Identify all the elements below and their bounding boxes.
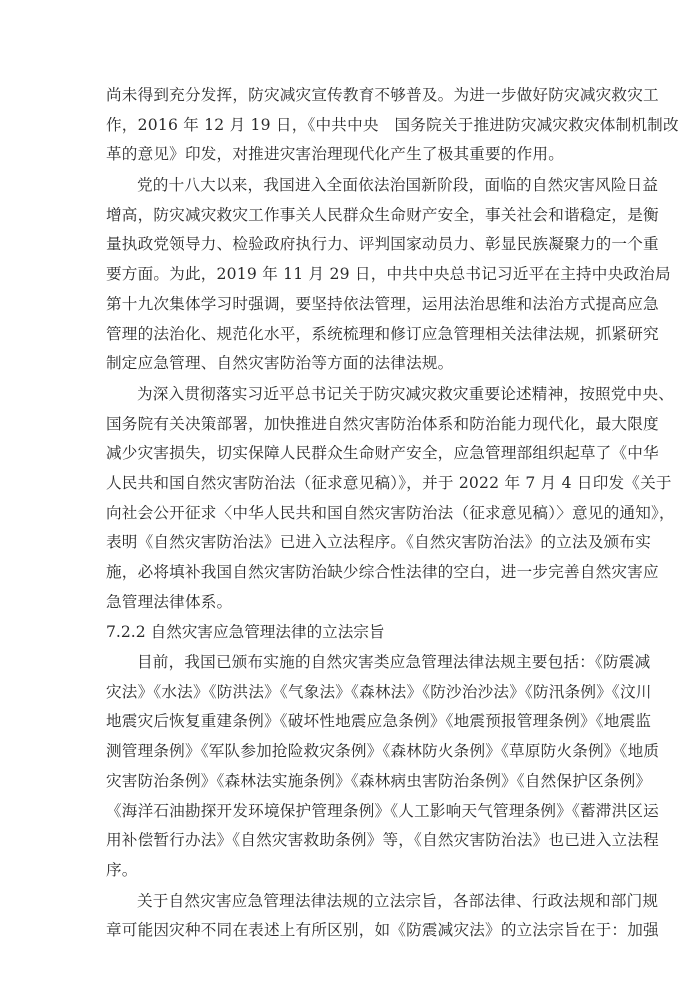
text-line: 目前，我国已颁布实施的自然灾害类应急管理法律法规主要包括：《防震减 — [106, 648, 596, 678]
text-line: 量执政党领导力、检验政府执行力、评判国家动员力、彰显民族凝聚力的一个重 — [106, 230, 596, 260]
text-line: 制定应急管理、自然灾害防治等方面的法律法规。 — [106, 349, 596, 379]
text-line: 章可能因灾种不同在表述上有所区别，如《防震减灾法》的立法宗旨在于：加强 — [106, 916, 596, 946]
paragraph-1: 尚未得到充分发挥，防灾减灾宣传教育不够普及。为进一步做好防灾减灾救灾工 作，20… — [106, 81, 596, 170]
text-line: 减少灾害损失，切实保障人民群众生命财产安全，应急管理部组织起草了《中华 — [106, 439, 596, 469]
text-line: 序。 — [106, 856, 596, 886]
text-line: 急管理法律体系。 — [106, 588, 596, 618]
text-line: 向社会公开征求〈中华人民共和国自然灾害防治法（征求意见稿）〉意见的通知》， — [106, 499, 596, 529]
paragraph-3: 为深入贯彻落实习近平总书记关于防灾减灾救灾重要论述精神，按照党中央、 国务院有关… — [106, 380, 596, 618]
text-line: 灾害防治条例》《森林法实施条例》《森林病虫害防治条例》《自然保护区条例》 — [106, 767, 596, 797]
text-line: 为深入贯彻落实习近平总书记关于防灾减灾救灾重要论述精神，按照党中央、 — [106, 380, 596, 410]
paragraph-5: 关于自然灾害应急管理法律法规的立法宗旨，各部法律、行政法规和部门规 章可能因灾种… — [106, 887, 596, 946]
text-line: 灾法》《水法》《防洪法》《气象法》《森林法》《防沙治沙法》《防汛条例》《汶川 — [106, 678, 596, 708]
paragraph-4: 目前，我国已颁布实施的自然灾害类应急管理法律法规主要包括：《防震减 灾法》《水法… — [106, 648, 596, 886]
text-line: 第十九次集体学习时强调，要坚持依法管理，运用法治思维和法治方式提高应急 — [106, 290, 596, 320]
text-line: 《海洋石油勘探开发环境保护管理条例》《人工影响天气管理条例》《蓄滞洪区运 — [106, 797, 596, 827]
text-line: 关于自然灾害应急管理法律法规的立法宗旨，各部法律、行政法规和部门规 — [106, 887, 596, 917]
paragraph-2: 党的十八大以来，我国进入全面依法治国新阶段，面临的自然灾害风险日益 增高，防灾减… — [106, 171, 596, 379]
text-line: 尚未得到充分发挥，防灾减灾宣传教育不够普及。为进一步做好防灾减灾救灾工 — [106, 81, 596, 111]
text-line: 革的意见》印发，对推进灾害治理现代化产生了极其重要的作用。 — [106, 140, 596, 170]
text-line: 要方面。为此，2019 年 11 月 29 日，中共中央总书记习近平在主持中央政… — [106, 260, 596, 290]
text-line: 管理的法治化、规范化水平，系统梳理和修订应急管理相关法律法规，抓紧研究 — [106, 320, 596, 350]
section-heading: 7.2.2 自然灾害应急管理法律的立法宗旨 — [106, 618, 596, 648]
text-line: 测管理条例》《军队参加抢险救灾条例》《森林防火条例》《草原防火条例》《地质 — [106, 737, 596, 767]
text-line: 人民共和国自然灾害防治法（征求意见稿）》，并于 2022 年 7 月 4 日印发… — [106, 469, 596, 499]
text-line: 用补偿暂行办法》《自然灾害救助条例》等，《自然灾害防治法》也已进入立法程 — [106, 826, 596, 856]
document-page: 尚未得到充分发挥，防灾减灾宣传教育不够普及。为进一步做好防灾减灾救灾工 作，20… — [106, 81, 596, 947]
text-line: 施，必将填补我国自然灾害防治缺少综合性法律的空白，进一步完善自然灾害应 — [106, 558, 596, 588]
text-line: 作，2016 年 12 月 19 日，《中共中央 国务院关于推进防灾减灾救灾体制… — [106, 111, 596, 141]
text-line: 表明《自然灾害防治法》已进入立法程序。《自然灾害防治法》的立法及颁布实 — [106, 528, 596, 558]
text-line: 国务院有关决策部署，加快推进自然灾害防治体系和防治能力现代化，最大限度 — [106, 410, 596, 440]
text-line: 增高，防灾减灾救灾工作事关人民群众生命财产安全，事关社会和谐稳定，是衡 — [106, 201, 596, 231]
text-line: 党的十八大以来，我国进入全面依法治国新阶段，面临的自然灾害风险日益 — [106, 171, 596, 201]
text-line: 地震灾后恢复重建条例》《破坏性地震应急条例》《地震预报管理条例》《地震监 — [106, 707, 596, 737]
